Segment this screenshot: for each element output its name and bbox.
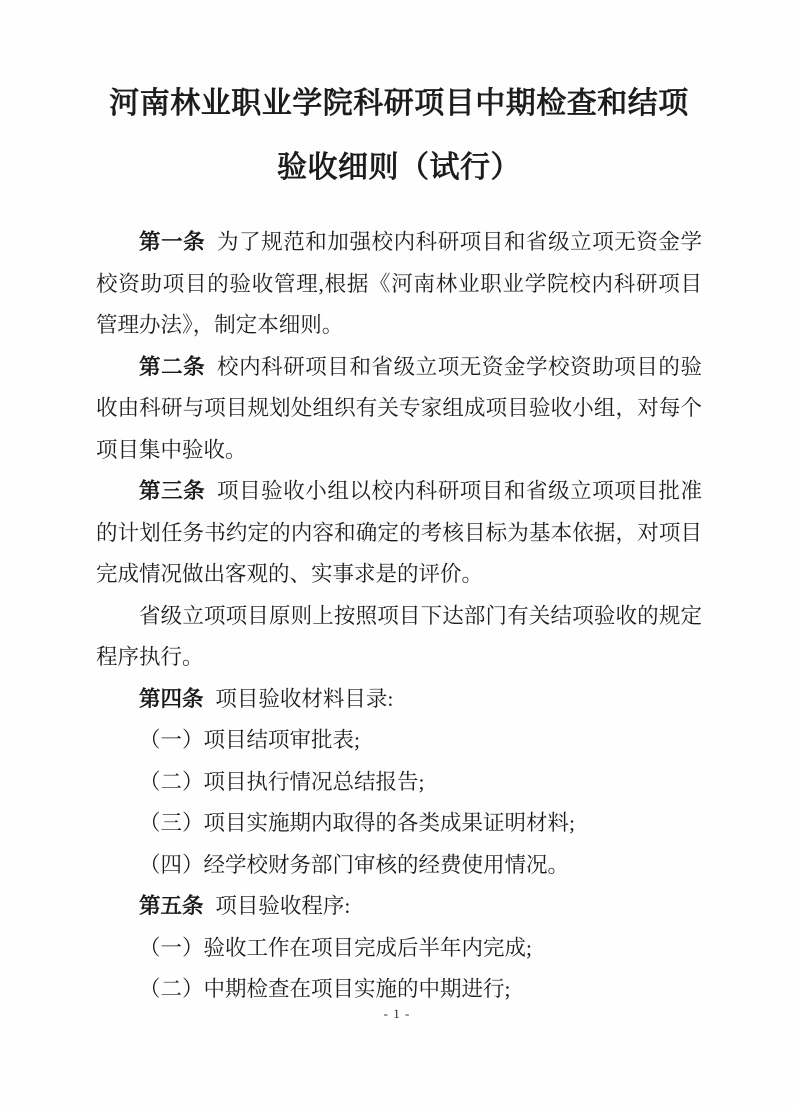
list-item-procedure-1: （一）验收工作在项目完成后半年内完成; — [96, 928, 702, 970]
paragraph-article-4: 第四条项目验收材料目录: — [96, 679, 702, 721]
list-item-text: （一）项目结项审批表; — [139, 728, 360, 752]
list-item-materials-2: （二）项目执行情况总结报告; — [96, 762, 702, 804]
article-number-label: 第三条 — [139, 479, 205, 503]
paragraph-article-5: 第五条项目验收程序: — [96, 886, 702, 928]
document-title: 河南林业职业学院科研项目中期检查和结项 验收细则（试行） — [96, 72, 702, 200]
page-number: - 1 - — [0, 1006, 794, 1022]
paragraph-text: 省级立项项目原则上按照项目下达部门有关结项验收的规定程序执行。 — [96, 604, 702, 670]
paragraph-article-1: 第一条为了规范和加强校内科研项目和省级立项无资金学校资助项目的验收管理,根据《河… — [96, 222, 702, 347]
paragraph-text: 项目验收材料目录: — [215, 687, 393, 711]
list-item-text: （三）项目实施期内取得的各类成果证明材料; — [139, 811, 575, 835]
article-number-label: 第四条 — [139, 687, 204, 711]
document-page: 河南林业职业学院科研项目中期检查和结项 验收细则（试行） 第一条为了规范和加强校… — [0, 0, 794, 1108]
article-number-label: 第二条 — [139, 355, 205, 379]
paragraph-article-3: 第三条项目验收小组以校内科研项目和省级立项项目批准的计划任务书约定的内容和确定的… — [96, 471, 702, 596]
document-title-line-2: 验收细则（试行） — [96, 136, 702, 200]
paragraph-text: 项目验收程序: — [215, 894, 350, 918]
document-body: 第一条为了规范和加强校内科研项目和省级立项无资金学校资助项目的验收管理,根据《河… — [96, 222, 702, 1011]
list-item-materials-4: （四）经学校财务部门审核的经费使用情况。 — [96, 845, 702, 887]
paragraph-provincial-note: 省级立项项目原则上按照项目下达部门有关结项验收的规定程序执行。 — [96, 596, 702, 679]
article-number-label: 第一条 — [139, 230, 205, 254]
list-item-text: （四）经学校财务部门审核的经费使用情况。 — [139, 853, 569, 877]
list-item-text: （二）项目执行情况总结报告; — [139, 770, 424, 794]
list-item-text: （一）验收工作在项目完成后半年内完成; — [139, 936, 532, 960]
list-item-procedure-2: （二）中期检查在项目实施的中期进行; — [96, 969, 702, 1011]
paragraph-article-2: 第二条校内科研项目和省级立项无资金学校资助项目的验收由科研与项目规划处组织有关专… — [96, 347, 702, 472]
list-item-text: （二）中期检查在项目实施的中期进行; — [139, 977, 510, 1001]
list-item-materials-3: （三）项目实施期内取得的各类成果证明材料; — [96, 803, 702, 845]
article-number-label: 第五条 — [139, 894, 204, 918]
document-title-line-1: 河南林业职业学院科研项目中期检查和结项 — [96, 72, 702, 136]
list-item-materials-1: （一）项目结项审批表; — [96, 720, 702, 762]
